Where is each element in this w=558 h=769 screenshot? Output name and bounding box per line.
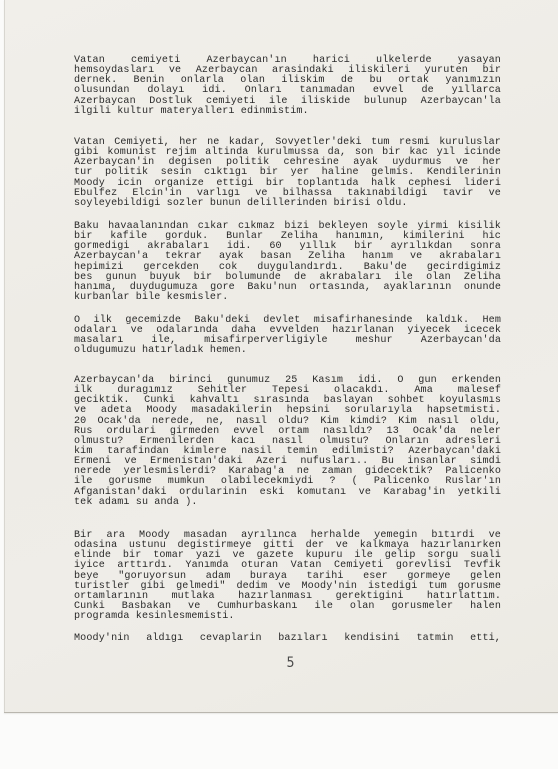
paragraph-1: Vatan cemiyeti Azerbaycan'ın harici ulke… — [74, 56, 501, 117]
text-line: oldugumuzu hatırladık hemen. — [74, 346, 501, 356]
paper-sheet: Vatan cemiyeti Azerbaycan'ın harici ulke… — [4, 0, 558, 713]
text-line: programda kesinlesmemisti. — [74, 612, 501, 622]
paragraph-3: Baku havaalanından cıkar cıkmaz bizi bek… — [74, 222, 501, 303]
paragraph-2: Vatan Cemiyeti, her ne kadar, Sovyetler'… — [74, 138, 501, 209]
text-line: Moody'nin aldıgı cevaplarin bazıları ken… — [74, 634, 501, 644]
paragraph-7: Moody'nin aldıgı cevaplarin bazıları ken… — [74, 634, 501, 644]
page-number: 5 — [286, 655, 294, 671]
paragraph-6: Bir ara Moody masadan ayrılınca herhalde… — [74, 531, 501, 622]
text-line: tek adamı su anda ). — [74, 498, 501, 508]
text-line: ilgili kultur materyallerı edinmistim. — [74, 107, 501, 117]
paragraph-4: O ilk gecemizde Baku'deki devlet misafir… — [74, 316, 501, 357]
text-line: soyleyebildigi sozler bunun delillerinde… — [74, 199, 501, 209]
paragraph-5: Azerbaycan'da birinci gunumuz 25 Kasım i… — [74, 376, 501, 508]
text-line: kurbanlar bile kesmisler. — [74, 293, 501, 303]
